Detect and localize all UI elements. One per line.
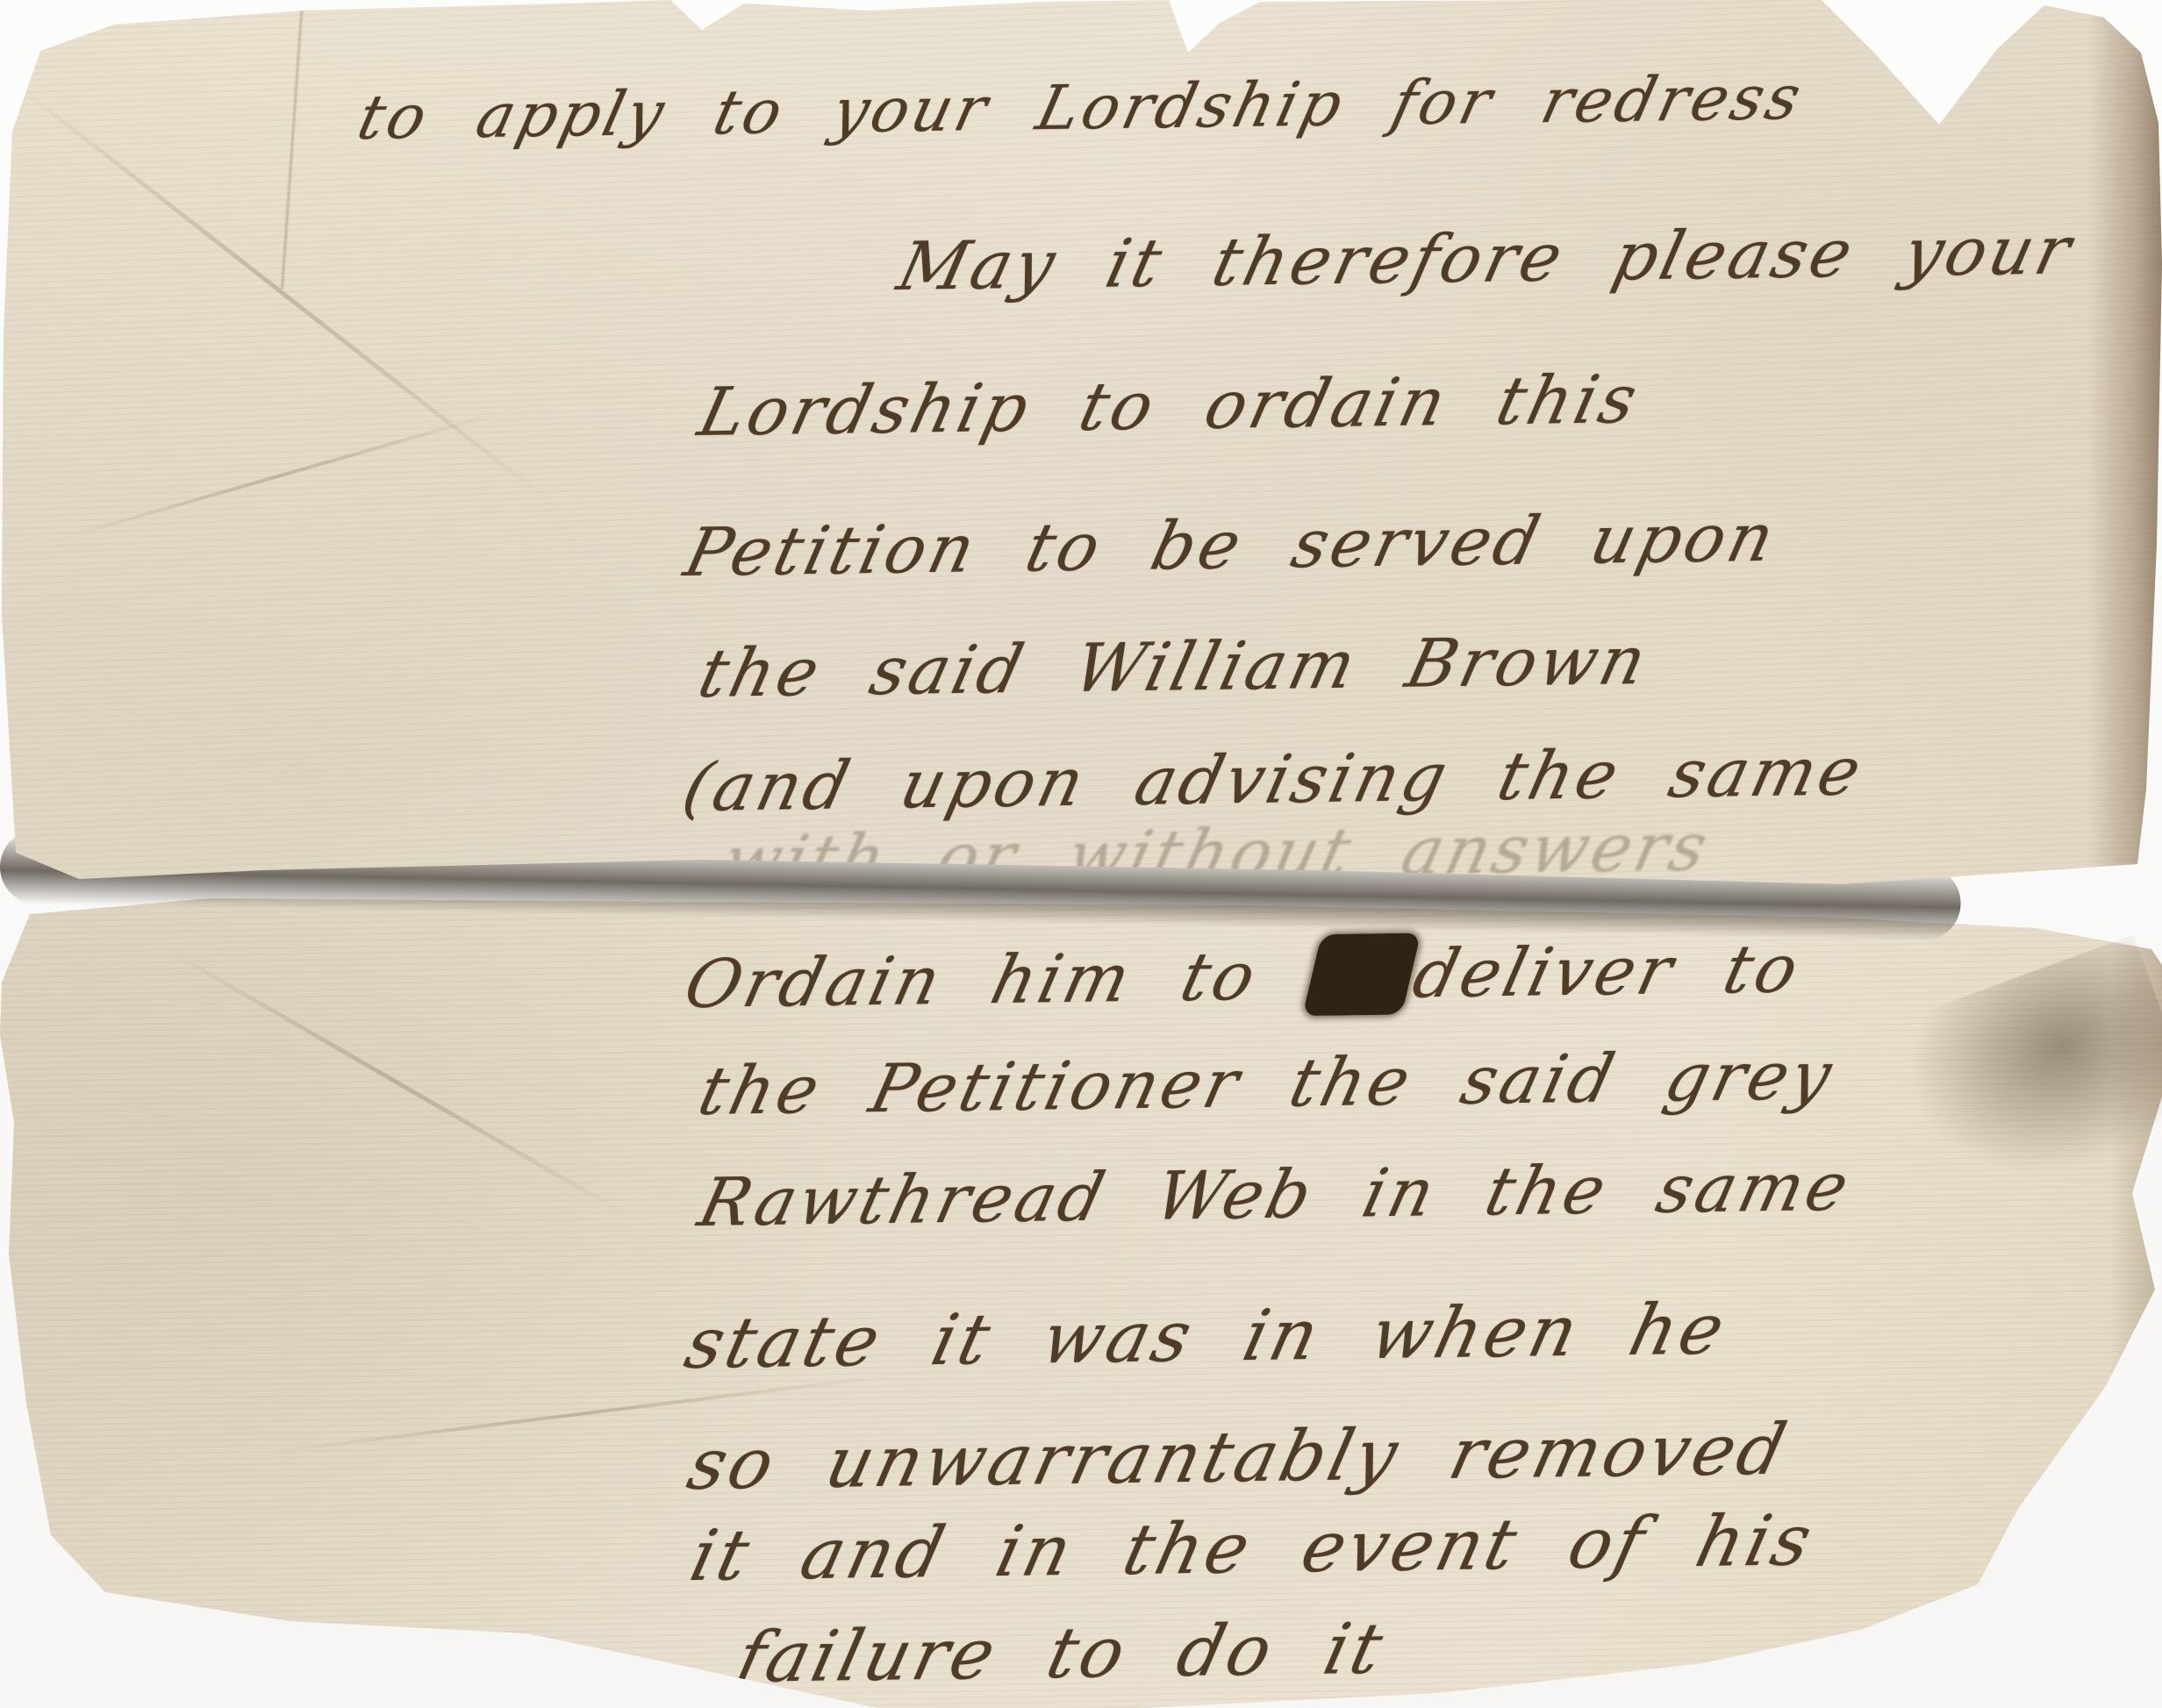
scanned-document: Ordain him to redeliver to the Petitione… — [0, 0, 2162, 1708]
handwriting-line: the Petitioner the said grey — [691, 1035, 1843, 1131]
crease-line — [61, 411, 501, 540]
handwriting-line: Ordain him to redeliver to — [677, 928, 1809, 1024]
handwriting-line: the said William Brown — [691, 620, 1657, 713]
handwriting-segment: Ordain him to — [677, 936, 1317, 1023]
handwriting-line: state it was in when he — [677, 1288, 1736, 1386]
handwriting-line: May it therefore please your — [891, 210, 2082, 306]
handwriting-line: failure to do it — [728, 1607, 1393, 1700]
handwriting-line: so unwarrantably removed — [680, 1408, 1797, 1507]
handwriting-line: to apply to your Lordship for redress — [351, 61, 1811, 154]
ink-blot-strikeout: re — [1302, 933, 1421, 1017]
handwriting-segment: deliver to — [1406, 929, 1808, 1012]
handwriting-line: Petition to be served upon — [677, 497, 1785, 592]
paper-edge-shading — [2087, 0, 2162, 886]
handwriting-line: it and in the event of his — [683, 1498, 1822, 1598]
handwriting-line: Lordship to ordain this — [691, 359, 1648, 452]
handwriting-line: Rawthread Web in the same — [691, 1147, 1859, 1242]
crease-line — [279, 0, 304, 289]
crease-line — [158, 943, 631, 1218]
